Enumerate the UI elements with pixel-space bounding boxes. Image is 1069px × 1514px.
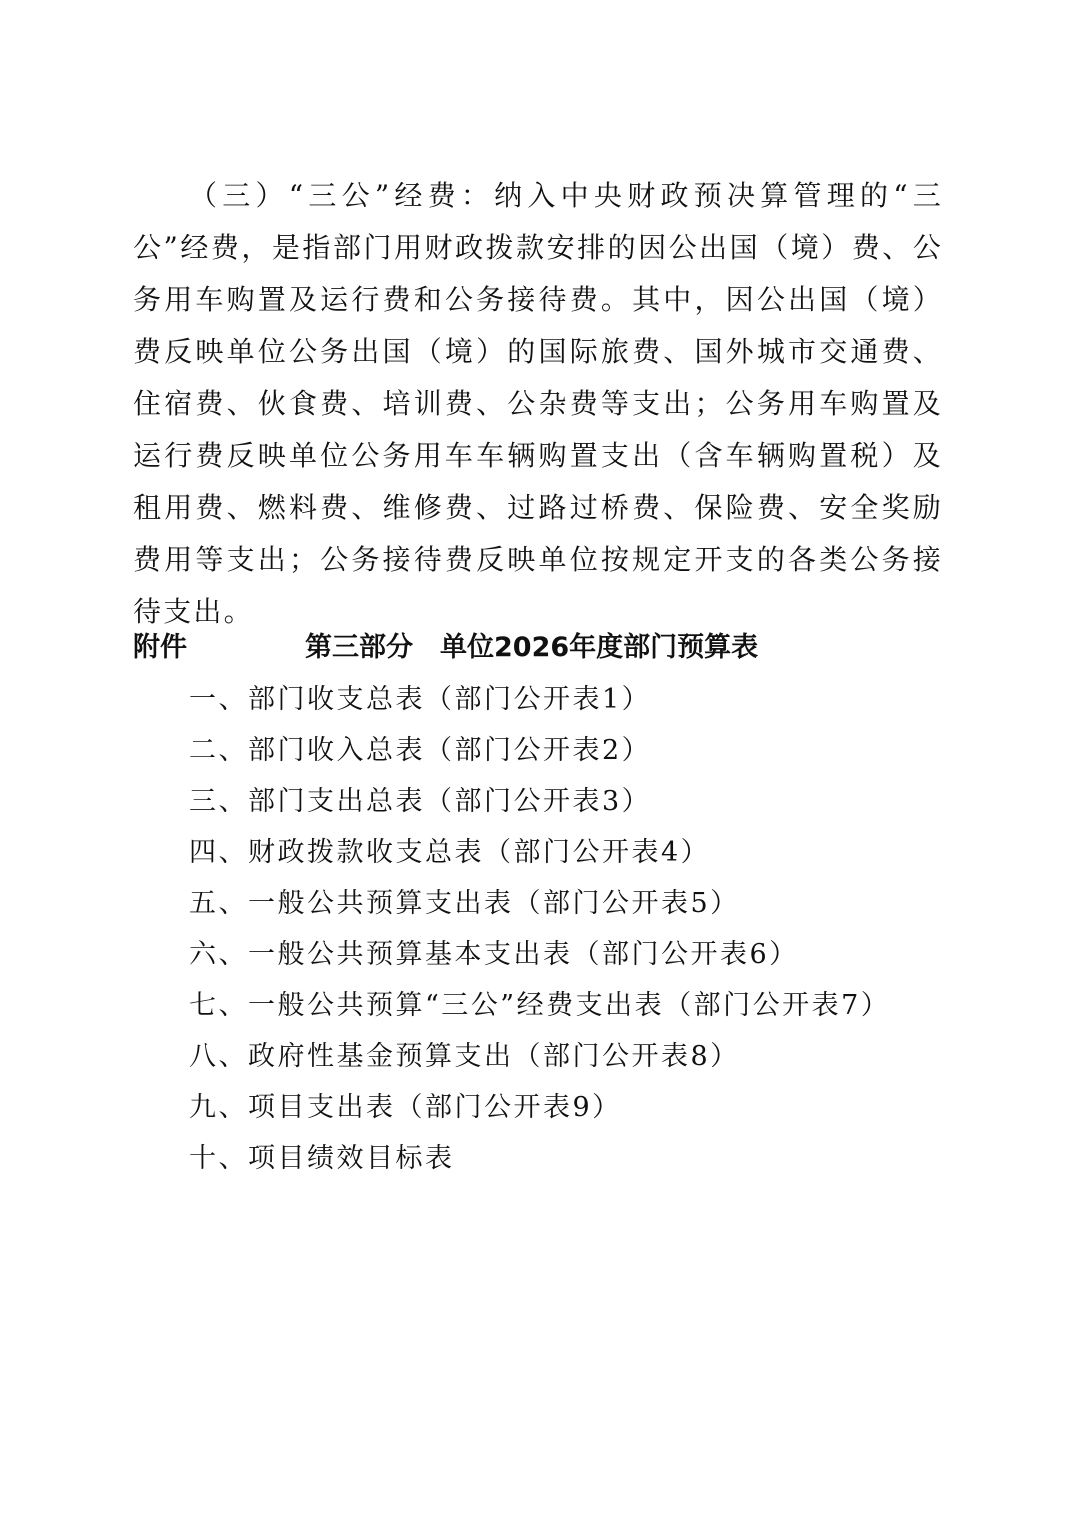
attachment-item: 八、政府性基金预算支出（部门公开表8） — [189, 1031, 890, 1082]
attachment-item: 四、财政拨款收支总表（部门公开表4） — [189, 827, 890, 878]
document-page: （三）“三公”经费：纳入中央财政预决算管理的“三公”经费，是指部门用财政拨款安排… — [0, 0, 1069, 1514]
attachment-item: 六、一般公共预算基本支出表（部门公开表6） — [189, 929, 890, 980]
attachment-item: 五、一般公共预算支出表（部门公开表5） — [189, 878, 890, 929]
attachment-label: 附件 — [133, 626, 305, 670]
attachment-item: 七、一般公共预算“三公”经费支出表（部门公开表7） — [189, 980, 890, 1031]
attachment-title: 第三部分 单位2026年度部门预算表 — [305, 626, 758, 670]
attachment-item: 三、部门支出总表（部门公开表3） — [189, 776, 890, 827]
attachment-item: 二、部门收入总表（部门公开表2） — [189, 725, 890, 776]
attachment-item: 九、项目支出表（部门公开表9） — [189, 1082, 890, 1133]
attachment-item: 十、项目绩效目标表 — [189, 1133, 890, 1184]
attachment-heading: 附件第三部分 单位2026年度部门预算表 — [133, 626, 758, 670]
three-public-expenses-paragraph: （三）“三公”经费：纳入中央财政预决算管理的“三公”经费，是指部门用财政拨款安排… — [133, 170, 943, 638]
attachment-item: 一、部门收支总表（部门公开表1） — [189, 674, 890, 725]
attachment-list: 一、部门收支总表（部门公开表1） 二、部门收入总表（部门公开表2） 三、部门支出… — [189, 674, 890, 1184]
